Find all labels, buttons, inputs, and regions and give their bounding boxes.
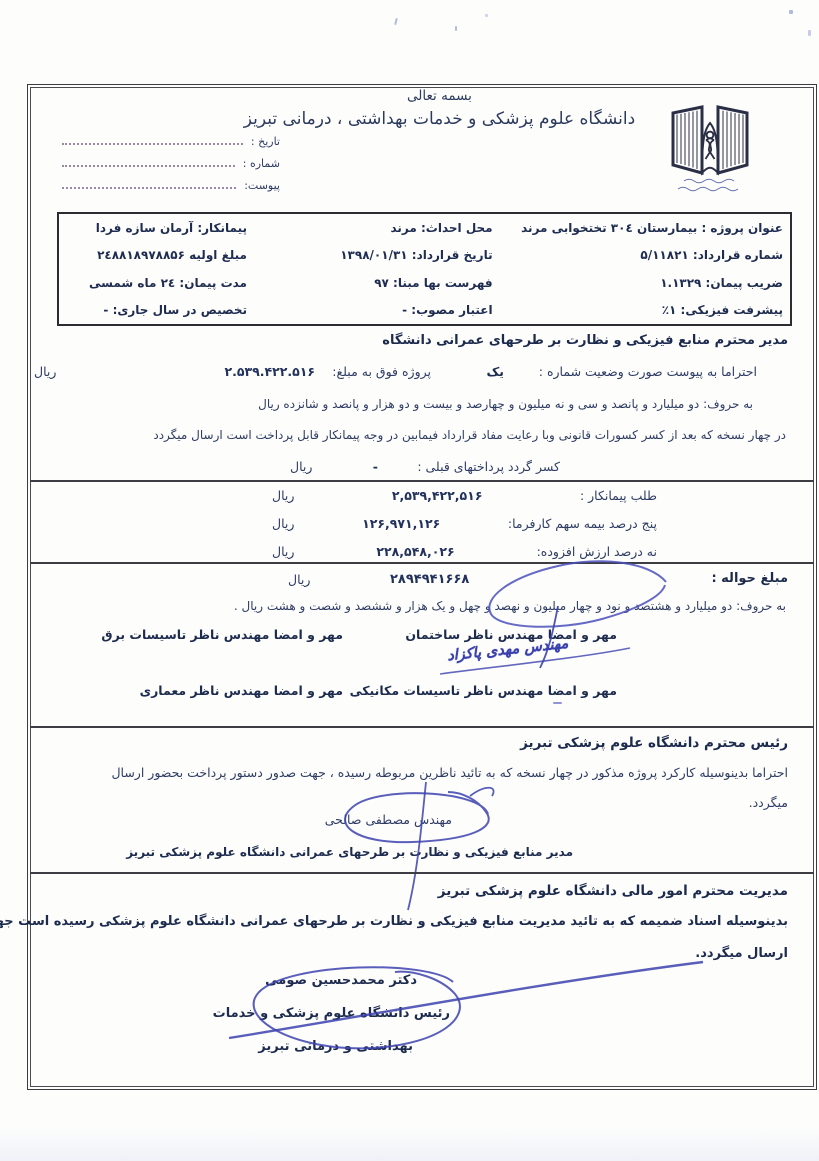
statement-number: یک (487, 364, 505, 379)
vat-currency: ریال (272, 544, 294, 559)
remittance-value: ۲۸۹۴۹۴۱۶۶۸ (390, 572, 469, 587)
insurance-share-row: پنج درصد بیمه سهم کارفرما: ۱۲۶,۹۷۱,۱۲۶ ر… (272, 516, 657, 531)
date-dotted-line (62, 142, 243, 145)
section2-body-line2: میگردد. (749, 795, 788, 810)
contractor-claim-currency: ریال (272, 488, 294, 503)
scan-speck (394, 18, 398, 25)
vat-label: نه درصد ارزش افزوده: (537, 544, 657, 559)
divider-line (30, 872, 814, 874)
divider-line (30, 726, 814, 728)
scan-speck (808, 30, 811, 36)
ink-mark (553, 702, 562, 704)
project-title-cell: عنوان پروژه : بیمارستان ۳۰٤ تختخوابی مرن… (498, 214, 790, 242)
base-price-list-cell: فهرست بها مبنا: ۹۷ (271, 269, 498, 297)
current-year-allocation-cell: تخصیص در سال جاری: - (59, 297, 271, 325)
scanned-payment-certificate: بسمه تعالی دانشگاه علوم پزشکی و خدمات به… (0, 0, 819, 1161)
architecture-supervisor-label: مهر و امضا مهندس ناظر معماری (140, 683, 343, 698)
previous-payments-value: - (373, 459, 378, 474)
contract-coefficient-cell: ضریب پیمان: ۱.۱۳۲۹ (498, 269, 790, 297)
electrical-supervisor-label: مهر و امضا مهندس ناظر تاسیسات برق (101, 627, 343, 642)
construction-site-cell: محل احداث: مرند (271, 214, 498, 242)
mechanical-supervisor-label: مهر و امضا مهندس ناظر تاسیسات مکانیکی (350, 683, 617, 698)
remittance-currency: ریال (288, 572, 310, 587)
divider-line (30, 480, 814, 482)
section3-body-line1: بدینوسیله اسناد ضمیمه که به تائید مدیریت… (0, 914, 788, 929)
section2-addressee: رئیس محترم دانشگاه علوم پزشکی تبریز (520, 735, 788, 751)
divider-line (30, 562, 814, 564)
scan-noise-band (0, 1126, 819, 1161)
contractor-claim-label: طلب پیمانکار : (580, 488, 657, 503)
previous-payments-label: کسر گردد پرداختهای قبلی : (417, 459, 560, 474)
section3-addressee: مدیریت محترم امور مالی دانشگاه علوم پزشک… (438, 883, 788, 899)
letterhead-date-row: تاریخ : (62, 135, 282, 148)
letterhead-attachment-row: پیوست: (62, 179, 282, 192)
contract-date-cell: تاریخ قرارداد: ۱۳۹۸/۰۱/۳۱ (271, 242, 498, 270)
project-info-table: عنوان پروژه : بیمارستان ۳۰٤ تختخوابی مرن… (57, 212, 792, 326)
number-label: شماره : (243, 157, 280, 170)
statement-intro: احتراما به پیوست صورت وضعیت شماره : (539, 364, 757, 379)
attachment-dotted-line (62, 186, 236, 189)
scan-speck (485, 14, 488, 17)
statement-amount-label: پروژه فوق به مبلغ: (332, 364, 431, 379)
physical-progress-cell: پیشرفت فیزیکی: ۱٪ (498, 297, 790, 325)
statement-amount-value: ۲.۵۳۹.۴۲۲.۵۱۶ (224, 364, 315, 379)
insurance-share-currency: ریال (272, 516, 294, 531)
section2-body-line1: احتراما بدینوسیله کارکرد پروژه مذکور در … (111, 765, 788, 780)
remittance-label: مبلغ حواله : (711, 571, 788, 586)
university-logo (664, 100, 756, 200)
vat-value: ۲۲۸,۵۴۸,۰۲۶ (376, 544, 454, 559)
scan-speck (789, 10, 793, 14)
section1-addressee: مدیر محترم منابع فیزیکی و نظارت بر طرحها… (382, 333, 788, 348)
attachment-label: پیوست: (244, 179, 280, 192)
initial-amount-cell: مبلغ اولیه ۲٤۸۸۱۸۹۷۸۸۵۶ (59, 242, 271, 270)
somi-signature (215, 952, 715, 1067)
contractor-cell: پیمانکار: آرمان سازه فردا (59, 214, 271, 242)
statement-currency: ریال (34, 364, 56, 379)
copies-note: در چهار نسخه که بعد از کسر کسورات قانونی… (153, 428, 786, 442)
number-dotted-line (62, 164, 235, 167)
contract-number-cell: شماره قرارداد: ۵/۱۱۸۲۱ (498, 242, 790, 270)
amount-in-words: به حروف: دو میلیارد و پانصد و سی و نه می… (258, 397, 753, 411)
scan-speck (455, 26, 457, 31)
contract-duration-cell: مدت پیمان: ۲٤ ماه شمسی (59, 269, 271, 297)
contractor-claim-value: ۲,۵۳۹,۴۲۲,۵۱۶ (392, 488, 483, 503)
insurance-share-value: ۱۲۶,۹۷۱,۱۲۶ (362, 516, 440, 531)
approved-credit-cell: اعتبار مصوب: - (271, 297, 498, 325)
contractor-claim-row: طلب پیمانکار : ۲,۵۳۹,۴۲۲,۵۱۶ ریال (272, 488, 657, 503)
letterhead-number-row: شماره : (62, 157, 282, 170)
date-label: تاریخ : (251, 135, 280, 148)
vat-row: نه درصد ارزش افزوده: ۲۲۸,۵۴۸,۰۲۶ ریال (272, 544, 657, 559)
insurance-share-label: پنج درصد بیمه سهم کارفرما: (508, 516, 657, 531)
previous-payments-currency: ریال (290, 459, 312, 474)
